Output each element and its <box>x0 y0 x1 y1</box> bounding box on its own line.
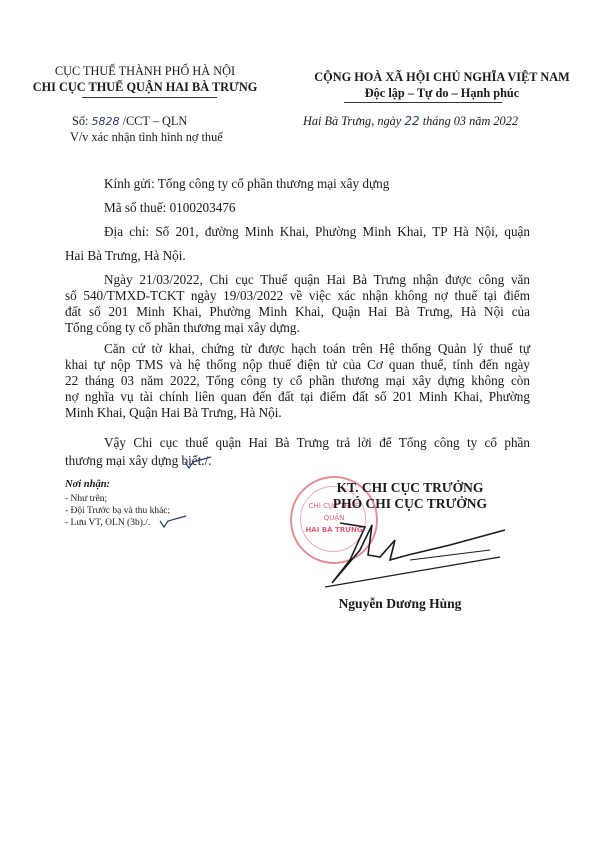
paragraph3-line: Vậy Chi cục thuế quận Hai Bà Trưng trả l… <box>104 435 530 451</box>
paragraph1-line: Tổng công ty cổ phần thương mại xây dựng… <box>65 320 530 336</box>
paragraph1-line: số 540/TMXD-TCKT ngày 19/03/2022 về việc… <box>65 288 530 304</box>
paragraph2-line: khai tự nộp TMS và hệ thống nộp thuế điệ… <box>65 357 530 373</box>
agency-underline <box>82 97 217 98</box>
paragraph2-line: Căn cứ tờ khai, chứng từ được hạch toán … <box>104 341 530 357</box>
recipient-item: - Như trên; <box>65 494 107 504</box>
motto-underline <box>344 102 502 103</box>
national-motto: Độc lập – Tự do – Hạnh phúc <box>292 86 592 101</box>
signature-title: KT. CHI CỤC TRƯỞNG <box>300 480 520 496</box>
agency-parent: CỤC THUẾ THÀNH PHỐ HÀ NỘI <box>0 64 290 79</box>
date-prefix: Hai Bà Trưng, ngày <box>303 114 401 128</box>
doc-subject: V/v xác nhận tình hình nợ thuế <box>70 130 223 145</box>
signer-name: Nguyễn Dương Hùng <box>320 596 480 612</box>
national-title: CỘNG HOÀ XÃ HỘI CHỦ NGHĨA VIỆT NAM <box>292 70 592 85</box>
paragraph2-line: Minh Khai, Quận Hai Bà Trưng, Hà Nội. <box>65 405 530 421</box>
initial-mark <box>183 456 213 470</box>
date-day-handwritten: 22 <box>404 114 419 128</box>
recipients-title: Nơi nhận: <box>65 479 110 490</box>
doc-number-handwritten: 5828 <box>91 115 119 128</box>
signature-subtitle: PHÓ CHI CỤC TRƯỞNG <box>300 496 520 512</box>
paragraph3-line: thương mại xây dựng biết./. <box>65 453 530 469</box>
addressee-to: Kính gửi: Tổng công ty cổ phần thương mạ… <box>104 176 389 192</box>
addressee-tax-code: Mã số thuế: 0100203476 <box>104 200 236 216</box>
addressee-address-line2: Hai Bà Trưng, Hà Nội. <box>65 248 530 264</box>
doc-number: Số: 5828 /CCT – QLN <box>72 114 187 129</box>
initial-mark <box>158 515 188 529</box>
paragraph1-line: đất số 201 Minh Khai, Phường Minh Khai, … <box>65 304 530 320</box>
addressee-address-line1: Địa chỉ: Số 201, đường Minh Khai, Phường… <box>104 224 530 240</box>
paragraph1-line: Ngày 21/03/2022, Chi cục Thuế quận Hai B… <box>104 272 530 288</box>
recipient-item: - Đội Trước bạ và thu khác; <box>65 506 170 516</box>
doc-number-suffix: /CCT – QLN <box>123 114 188 128</box>
agency-name: CHI CỤC THUẾ QUẬN HAI BÀ TRƯNG <box>0 80 290 95</box>
handwritten-signature <box>320 515 540 590</box>
paragraph2-line: 22 tháng 03 năm 2022, Tổng công ty cổ ph… <box>65 373 530 389</box>
date-suffix: tháng 03 năm 2022 <box>423 114 518 128</box>
paragraph2-line: nợ nghĩa vụ tài chính liên quan đến đất … <box>65 389 530 405</box>
issue-date: Hai Bà Trưng, ngày 22 tháng 03 năm 2022 <box>303 114 518 129</box>
recipient-item: - Lưu VT, OLN (3b)./. <box>65 518 150 528</box>
doc-number-prefix: Số: <box>72 114 88 128</box>
